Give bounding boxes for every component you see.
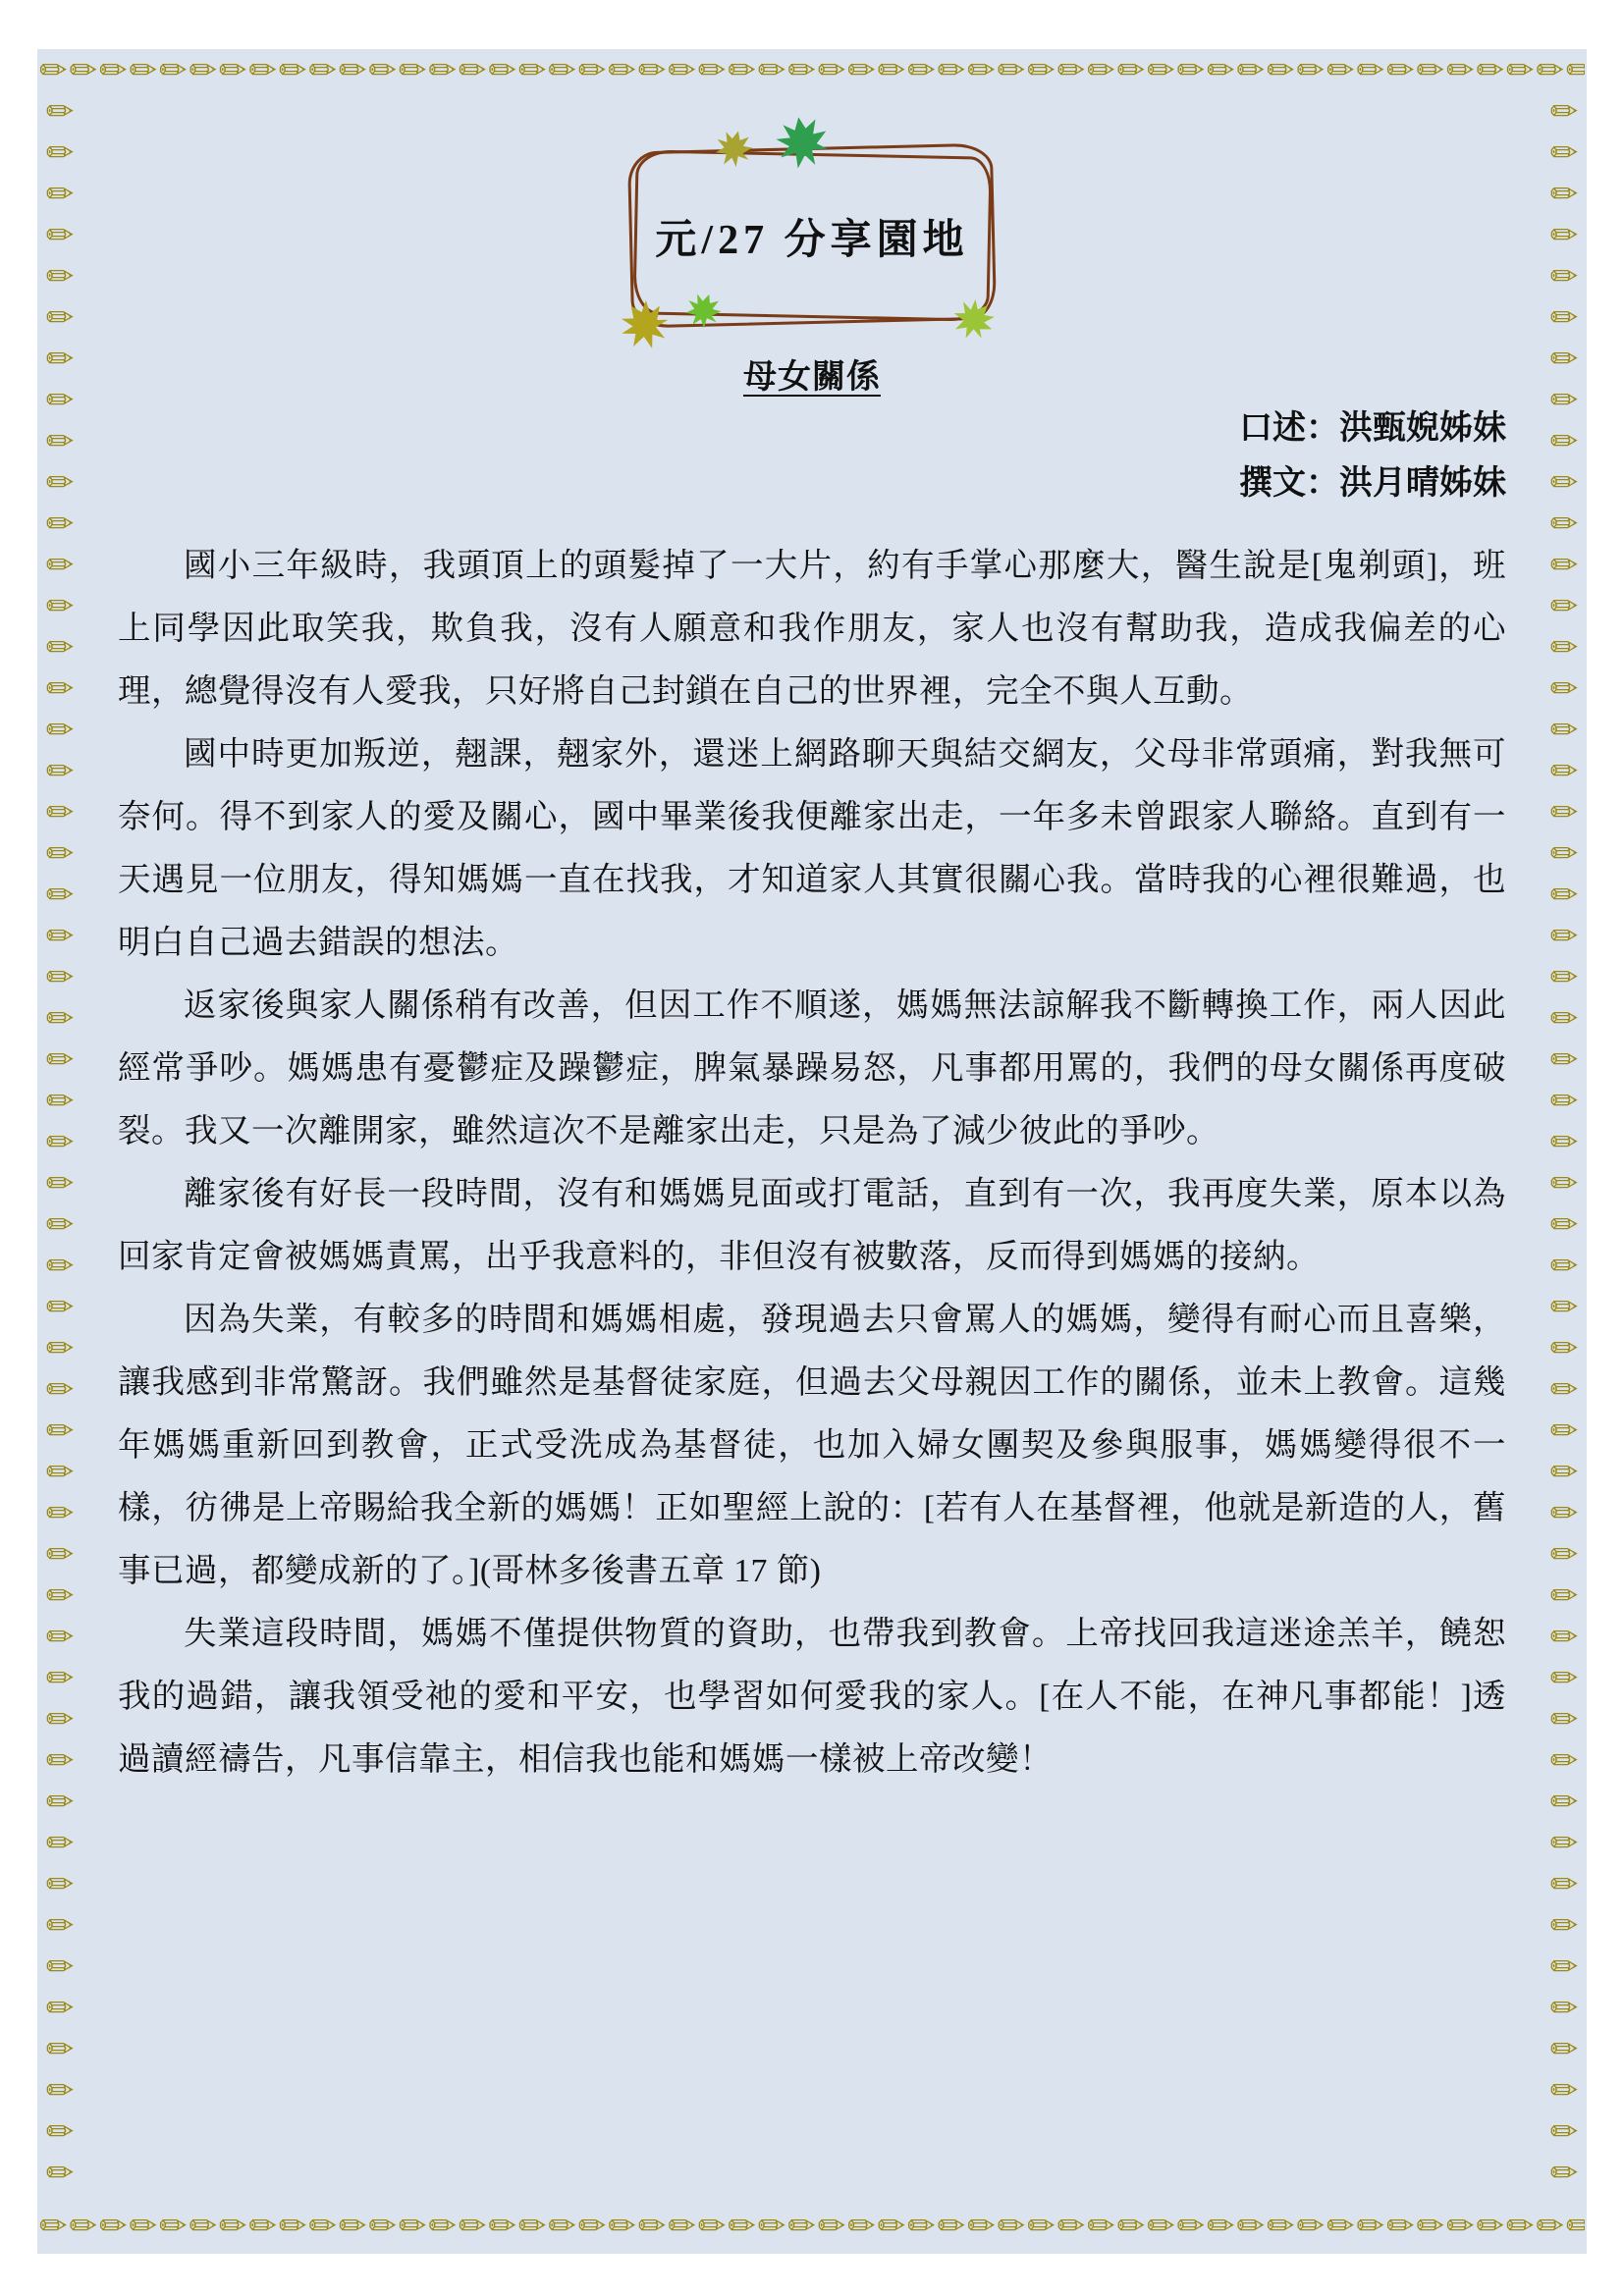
document-content: 元/27 分享園地 母女關係 口述：洪甄婗姊妹 撰文：洪月晴姊妹 國小三年級時，… <box>118 0 1506 1791</box>
paragraph: 離家後有好長一段時間，沒有和媽媽見面或打電話，直到有一次，我再度失業，原本以為回… <box>118 1163 1506 1289</box>
byline: 口述：洪甄婗姊妹 撰文：洪月晴姊妹 <box>118 401 1506 511</box>
paragraph: 因為失業，有較多的時間和媽媽相處，發現過去只會罵人的媽媽，變得有耐心而且喜樂，讓… <box>118 1289 1506 1603</box>
article-body: 國小三年級時，我頭頂上的頭髮掉了一大片，約有手掌心那麼大，醫生說是[鬼剃頭]，班… <box>118 535 1506 1791</box>
pencil-border-left-icon: ✏✏✏✏✏✏✏✏✏✏✏✏✏✏✏✏✏✏✏✏✏✏✏✏✏✏✏✏✏✏✏✏✏✏✏✏✏✏✏✏… <box>37 92 82 2207</box>
byline-writer: 撰文：洪月晴姊妹 <box>118 456 1506 511</box>
byline-narrator: 口述：洪甄婗姊妹 <box>118 401 1506 456</box>
paragraph: 失業這段時間，媽媽不僅提供物質的資助，也帶我到教會。上帝找回我這迷途羔羊，饒恕我… <box>118 1603 1506 1791</box>
pencil-border-right-icon: ✏✏✏✏✏✏✏✏✏✏✏✏✏✏✏✏✏✏✏✏✏✏✏✏✏✏✏✏✏✏✏✏✏✏✏✏✏✏✏✏… <box>1542 92 1587 2207</box>
pencil-border-bottom-icon: ✏✏✏✏✏✏✏✏✏✏✏✏✏✏✏✏✏✏✏✏✏✏✏✏✏✏✏✏✏✏✏✏✏✏✏✏✏✏✏✏… <box>39 2205 1585 2248</box>
paragraph: 國小三年級時，我頭頂上的頭髮掉了一大片，約有手掌心那麼大，醫生說是[鬼剃頭]，班… <box>118 535 1506 723</box>
title-banner: 元/27 分享園地 <box>629 145 995 328</box>
article-title: 母女關係 <box>118 349 1506 398</box>
paragraph: 國中時更加叛逆，翹課，翹家外，還迷上網路聊天與結交網友，父母非常頭痛，對我無可奈… <box>118 723 1506 975</box>
banner-title: 元/27 分享園地 <box>629 145 995 328</box>
paragraph: 返家後與家人關係稍有改善，但因工作不順遂，媽媽無法諒解我不斷轉換工作，兩人因此經… <box>118 975 1506 1163</box>
